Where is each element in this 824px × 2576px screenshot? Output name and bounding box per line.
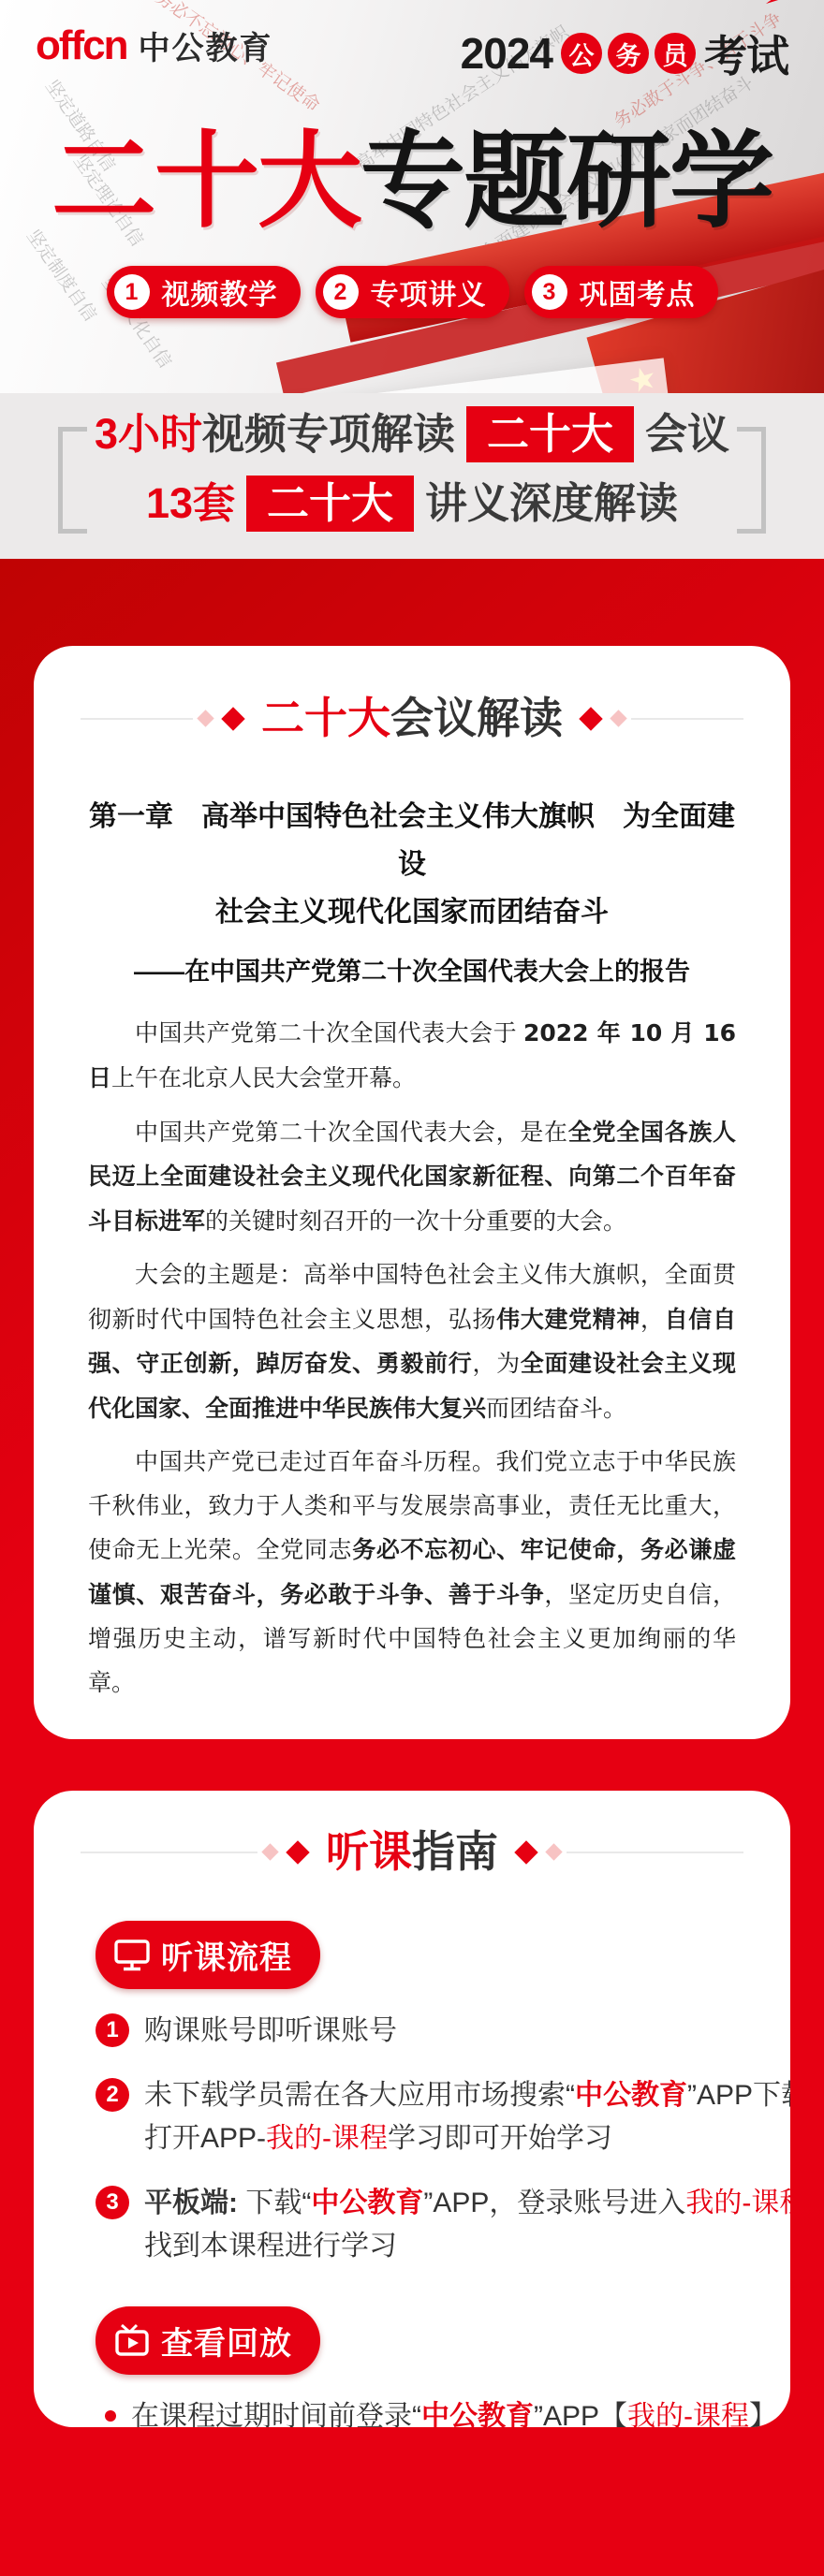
diamond-icon bbox=[545, 1843, 562, 1860]
left-bracket-decoration bbox=[58, 427, 87, 534]
item-number-badge: 1 bbox=[96, 2013, 129, 2047]
logo-chinese-name: 中公教育 bbox=[139, 22, 273, 68]
badge-label: 巩固考点 bbox=[580, 271, 696, 313]
page-title: 二十大专题研学 bbox=[0, 129, 824, 234]
logo-swoosh-icon bbox=[764, 0, 824, 6]
hero-section: 坚定道路自信 坚定理论自信 坚定制度自信 坚定文化自信 务必不忘初心、牢记使命 … bbox=[0, 0, 824, 393]
badge-label: 视频教学 bbox=[162, 271, 278, 313]
diamond-icon bbox=[514, 1840, 537, 1864]
course-flow-button[interactable]: 听课流程 bbox=[96, 1921, 320, 1989]
listening-guide-card: 听课指南 听课流程 1 购课账号即听课账号 bbox=[34, 1791, 790, 2427]
item-number-badge: 3 bbox=[96, 2186, 129, 2219]
divider-line bbox=[631, 718, 743, 720]
feature-badges: 1 视频教学 2 专项讲义 3 巩固考点 bbox=[0, 266, 824, 318]
feature-badge-video: 1 视频教学 bbox=[107, 266, 301, 318]
diamond-icon bbox=[286, 1840, 309, 1864]
badge-number: 3 bbox=[532, 274, 567, 310]
selling-points-banner: 3小时视频专项解读二十大会议 13套二十大讲义深度解读 bbox=[0, 393, 824, 559]
card-title: 二十大会议解读 bbox=[261, 693, 563, 744]
card-title: 听课指南 bbox=[326, 1826, 498, 1878]
exam-char-badge: 务 bbox=[608, 33, 649, 74]
diamond-icon bbox=[197, 710, 213, 726]
report-paragraph: 中国共产党已走过百年奋斗历程。我们党立志于中华民族千秋伟业，致力于人类和平与发展… bbox=[88, 1442, 736, 1706]
course-flow-list: 1 购课账号即听课账号 2 未下载学员需在各大应用市场搜索“中公教育”APP下载… bbox=[34, 2010, 790, 2269]
exam-year-banner: 2024 公 务 员 考试 bbox=[461, 22, 788, 84]
monitor-icon bbox=[114, 1939, 150, 1971]
exam-char-badge: 公 bbox=[561, 33, 602, 74]
divider-line bbox=[81, 1851, 257, 1853]
banner-line-1: 3小时视频专项解读二十大会议 bbox=[0, 406, 824, 462]
badge-label: 专项讲义 bbox=[371, 271, 487, 313]
course-flow-button-label: 听课流程 bbox=[161, 1932, 292, 1978]
diamond-icon bbox=[610, 710, 626, 726]
offcn-logo: offcn 中公教育 bbox=[36, 22, 273, 68]
list-item: 3 平板端: 下载“中公教育”APP，登录账号进入我的-课程 找到本课程进行学习 bbox=[96, 2182, 749, 2269]
diamond-icon bbox=[579, 707, 602, 730]
view-replay-button[interactable]: 查看回放 bbox=[96, 2306, 320, 2375]
item-number-badge: 2 bbox=[96, 2078, 129, 2112]
exam-year: 2024 bbox=[461, 28, 552, 79]
card-title-rest: 会议解读 bbox=[390, 694, 563, 742]
tv-play-icon bbox=[114, 2323, 150, 2357]
report-paragraph: 中国共产党第二十次全国代表大会，是在全党全国各族人民迈上全面建设社会主义现代化国… bbox=[88, 1111, 736, 1245]
card-title-highlight: 二十大 bbox=[261, 694, 390, 742]
exam-char-badge: 员 bbox=[655, 33, 696, 74]
list-item: 2 未下载学员需在各大应用市场搜索“中公教育”APP下载 打开APP-我的-课程… bbox=[96, 2074, 749, 2161]
feature-badge-handout: 2 专项讲义 bbox=[316, 266, 509, 318]
right-bracket-decoration bbox=[737, 427, 766, 534]
replay-note-list: 在课程过期时间前登录“中公教育”APP【我的-课程】 找到本课程找到带有【回放】… bbox=[34, 2395, 790, 2427]
diamond-icon bbox=[261, 1843, 278, 1860]
list-item: 在课程过期时间前登录“中公教育”APP【我的-课程】 找到本课程找到带有【回放】… bbox=[96, 2395, 749, 2427]
diamond-icon bbox=[221, 707, 244, 730]
card-title-highlight: 听课 bbox=[326, 1827, 412, 1876]
list-item: 1 购课账号即听课账号 bbox=[96, 2010, 749, 2054]
bullet-dot bbox=[105, 2410, 116, 2422]
banner-line-2: 13套二十大讲义深度解读 bbox=[0, 476, 824, 532]
card-header: 二十大会议解读 bbox=[34, 693, 790, 744]
card-title-rest: 指南 bbox=[412, 1827, 498, 1876]
badge-number: 1 bbox=[114, 274, 150, 310]
red-background-section: 二十大会议解读 第一章 高举中国特色社会主义伟大旗帜 为全面建设 社会主义现代化… bbox=[0, 559, 824, 2576]
report-paragraph: 大会的主题是：高举中国特色社会主义伟大旗帜，全面贯彻新时代中国特色社会主义思想，… bbox=[88, 1254, 736, 1432]
chapter-heading: 第一章 高举中国特色社会主义伟大旗帜 为全面建设 社会主义现代化国家而团结奋斗 bbox=[88, 793, 736, 936]
view-replay-button-label: 查看回放 bbox=[161, 2318, 292, 2364]
report-document: 第一章 高举中国特色社会主义伟大旗帜 为全面建设 社会主义现代化国家而团结奋斗 … bbox=[34, 793, 790, 1739]
card-header: 听课指南 bbox=[34, 1826, 790, 1878]
logo-wordmark: offcn bbox=[36, 25, 127, 66]
divider-line bbox=[566, 1851, 743, 1853]
report-paragraph: 中国共产党第二十次全国代表大会于 2022 年 10 月 16 日上午在北京人民… bbox=[88, 1012, 736, 1102]
feature-badge-keypoints: 3 巩固考点 bbox=[524, 266, 718, 318]
divider-line bbox=[81, 718, 193, 720]
report-subtitle: ——在中国共产党第二十次全国代表大会上的报告 bbox=[88, 951, 736, 988]
promo-page: 坚定道路自信 坚定理论自信 坚定制度自信 坚定文化自信 务必不忘初心、牢记使命 … bbox=[0, 0, 824, 2576]
page-title-highlight: 二十大 bbox=[51, 123, 360, 240]
page-title-rest: 专题研学 bbox=[360, 123, 772, 240]
exam-suffix: 考试 bbox=[704, 22, 788, 84]
congress-report-card: 二十大会议解读 第一章 高举中国特色社会主义伟大旗帜 为全面建设 社会主义现代化… bbox=[34, 646, 790, 1739]
badge-number: 2 bbox=[323, 274, 359, 310]
